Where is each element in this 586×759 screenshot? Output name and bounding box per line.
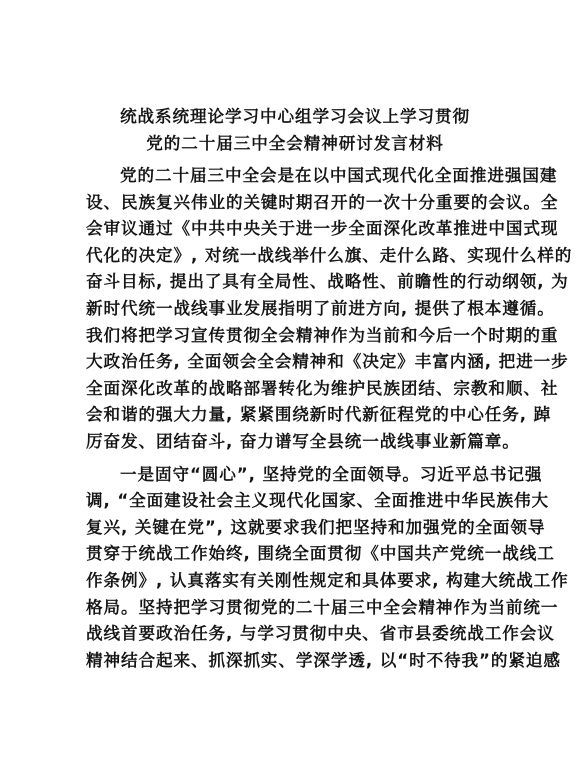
text-line: 复兴, 关键在党”, 这就要求我们把坚持和加强党的全面领导 — [86, 515, 506, 542]
text-line: 精神结合起来、抓深抓实、学深学透, 以“时不待我”的紧迫感 — [86, 648, 506, 675]
text-line: 格局。坚持把学习贯彻党的二十届三中全会精神作为当前统一 — [86, 595, 506, 622]
text-line: 全面深化改革的战略部署转化为维护民族团结、宗教和顺、社 — [86, 376, 506, 403]
document-page: 统战系统理论学习中心组学习会议上学习贯彻 党的二十届三中全会精神研讨发言材料 党… — [0, 0, 586, 759]
title-line-1: 统战系统理论学习中心组学习会议上学习贯彻 — [60, 104, 530, 131]
document-body: 党的二十届三中全会是在以中国式现代化全面推进强国建 设、民族复兴伟业的关键时期召… — [86, 163, 506, 674]
text-line: 奋斗目标, 提出了具有全局性、战略性、前瞻性的行动纲领, 为 — [86, 269, 506, 296]
text-line: 设、民族复兴伟业的关键时期召开的一次十分重要的会议。全 — [86, 190, 506, 217]
document-title: 统战系统理论学习中心组学习会议上学习贯彻 党的二十届三中全会精神研讨发言材料 — [60, 104, 530, 157]
text-line: 新时代统一战线事业发展指明了前进方向, 提供了根本遵循。 — [86, 296, 506, 323]
title-line-2: 党的二十届三中全会精神研讨发言材料 — [60, 131, 530, 158]
paragraph-point-one: 一是固守“圆心”, 坚持党的全面领导。习近平总书记强 调, “全面建设社会主义现… — [86, 462, 506, 675]
text-line: 代化的决定》, 对统一战线举什么旗、走什么路、实现什么样的 — [86, 243, 506, 270]
paragraph-intro: 党的二十届三中全会是在以中国式现代化全面推进强国建 设、民族复兴伟业的关键时期召… — [86, 163, 506, 456]
text-line: 厉奋发、团结奋斗, 奋力谱写全县统一战线事业新篇章。 — [86, 429, 506, 456]
text-line: 作条例》, 认真落实有关刚性规定和具体要求, 构建大统战工作 — [86, 568, 506, 595]
text-line: 战线首要政治任务, 与学习贯彻中央、省市县委统战工作会议 — [86, 621, 506, 648]
text-line: 会审议通过《中共中央关于进一步全面深化改革推进中国式现 — [86, 216, 506, 243]
text-line: 贯穿于统战工作始终, 围绕全面贯彻《中国共产党统一战线工 — [86, 541, 506, 568]
text-line: 会和谐的强大力量, 紧紧围绕新时代新征程党的中心任务, 踔 — [86, 402, 506, 429]
text-line: 大政治任务, 全面领会全会精神和《决定》丰富内涵, 把进一步 — [86, 349, 506, 376]
text-line: 党的二十届三中全会是在以中国式现代化全面推进强国建 — [52, 163, 506, 190]
text-line: 调, “全面建设社会主义现代化国家、全面推进中华民族伟大 — [86, 488, 506, 515]
text-line: 一是固守“圆心”, 坚持党的全面领导。习近平总书记强 — [86, 462, 506, 489]
text-line: 我们将把学习宣传贯彻全会精神作为当前和今后一个时期的重 — [86, 323, 506, 350]
